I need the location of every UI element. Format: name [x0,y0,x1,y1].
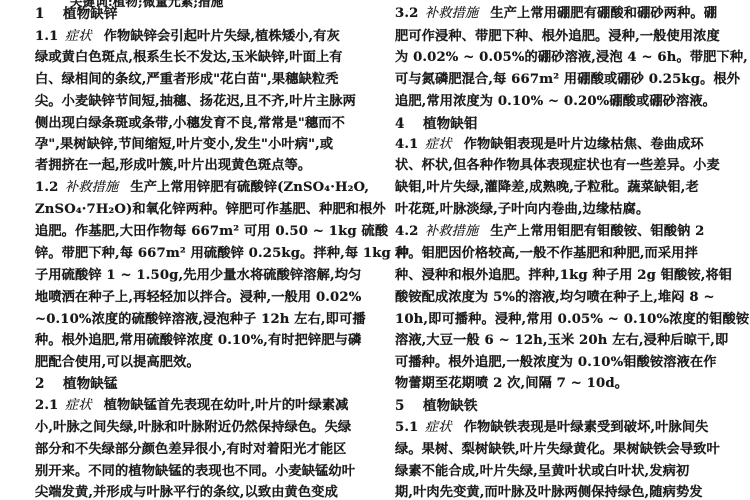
paragraph-line: 种、浸种和根外追肥。拌种,1kg 种子用 2g 钼酸铵,将钼 [395,268,732,284]
paragraph-line: 种。钼肥因价格较高,一般不作基肥和种肥,而采用拌 [395,246,698,262]
paragraph-line: 肥配合使用,可以提高肥效。 [35,355,200,371]
section-number: 1 [35,6,63,22]
paragraph-text: 植物缺锰首先表现在幼叶,叶片的叶绿素减 [104,398,349,413]
paragraph-line: 者拥挤在一起,形成叶簇,叶片出现黄色斑点等。 [35,158,311,174]
subsection-tag: 补救措施 [425,224,478,240]
paragraph-line: 缺钼,叶片失绿,灌降差,成熟晚,子粒秕。蔬菜缺钼,老 [395,180,699,196]
paragraph-line: 绿。果树、梨树缺铁,叶片失绿黄化。果树缺铁会导致叶 [395,442,720,458]
section-number: 2 [35,376,63,392]
subsection-line: 4.2补救措施生产上常用钼肥有钼酸铵、钼酸钠 2 [395,224,705,240]
subsection-tag: 症状 [425,420,452,436]
subsection-line: 1.1症状作物缺锌会引起叶片失绿,植株矮小,有灰 [35,29,340,45]
section-title: 植物缺钼 [423,116,478,132]
section-number: 4 [395,116,423,132]
paragraph-line: 追肥,常用浓度为 0.10% ~ 0.20%硼酸或硼砂溶液。 [395,94,716,110]
subsection-line: 1.2补救措施生产上常用锌肥有硫酸锌(ZnSO₄·H₂O, [35,180,369,196]
paragraph-line: 小,叶脉之间失绿,叶脉和叶脉附近仍然保持绿色。失绿 [35,420,351,436]
paragraph-line: 部分和不失绿部分颜色差异很小,有时对着阳光才能区 [35,442,347,458]
paragraph-line: 可与氮磷肥混合,每 667m² 用硼酸或硼砂 0.25kg。根外 [395,72,740,88]
subsection-number: 1.1 [35,29,65,45]
paragraph-text: 作物缺铁表现是叶绿素受到破坏,叶脉间失 [464,420,709,435]
paragraph-line: 溶液,大豆一般 6 ~ 12h,玉米 20h 左右,浸种后晾干,即 [395,333,728,349]
paragraph-text: 作物缺钼表现是叶片边缘枯焦、卷曲成环 [464,137,704,152]
subsection-tag: 症状 [65,398,92,414]
paragraph-line: 种。根外追肥,常用硫酸锌浓度 0.10%,有时把锌肥与磷 [35,333,361,349]
subsection-tag: 补救措施 [425,6,478,22]
subsection-line: 2.1症状植物缺锰首先表现在幼叶,叶片的叶绿素减 [35,398,349,414]
section-title: 植物缺锌 [63,6,118,22]
section-title: 植物缺铁 [423,398,478,414]
paragraph-line: 绿素不能合成,叶片失绿,呈黄叶状或白叶状,发病初 [395,464,689,480]
paragraph-line: 尖端发黄,并形成与叶脉平行的条纹,以致由黄色变成 [35,485,338,500]
paragraph-line: 地喷洒在种子上,再轻轻加以拌合。浸种,一般用 0.02% [35,290,361,306]
subsection-line: 3.2补救措施生产上常用硼肥有硼酸和硼砂两种。硼 [395,6,717,22]
subsection-number: 1.2 [35,180,65,196]
paragraph-line: 可播种。根外追肥,一般浓度为 0.10%钼酸铵溶液在作 [395,355,717,371]
subsection-number: 2.1 [35,398,65,414]
paragraph-line: ~0.10%浓度的硫酸锌溶液,浸泡种子 12h 左右,即可播 [35,312,366,328]
paragraph-line: ZnSO₄·7H₂O)和氧化锌两种。锌肥可作基肥、种肥和根外 [35,202,386,218]
paragraph-text: 生产上常用硼肥有硼酸和硼砂两种。硼 [490,6,717,21]
paragraph-text: 生产上常用钼肥有钼酸铵、钼酸钠 2 [490,224,704,239]
section-title: 植物缺锰 [63,376,118,392]
paragraph-text: 作物缺锌会引起叶片失绿,植株矮小,有灰 [104,29,340,44]
paragraph-line: 期,叶肉先变黄,而叶脉及叶脉两侧保持绿色,随病势发 [395,485,703,500]
subsection-tag: 补救措施 [65,180,118,196]
paragraph-line: 白、绿相间的条纹,严重者形成"花白苗",果穗缺粒秃 [35,72,339,88]
paragraph-line: 子用硫酸锌 1 ~ 1.50g,先用少量水将硫酸锌溶解,均匀 [35,268,361,284]
section-heading: 4植物缺钼 [395,116,478,132]
subsection-number: 4.2 [395,224,425,240]
paragraph-line: 叶花斑,叶脉淡绿,子叶向内卷曲,边缘枯腐。 [395,202,649,218]
paragraph-line: 锌。带肥下种,每 667m² 用硫酸锌 0.25kg。拌种,每 1kg 种 [35,246,409,262]
subsection-number: 4.1 [395,137,425,153]
document-page: 关键词:植物;微量元素;措施 1植物缺锌1.1症状作物缺锌会引起叶片失绿,植株矮… [0,0,750,500]
section-heading: 5植物缺铁 [395,398,478,414]
subsection-number: 5.1 [395,420,425,436]
paragraph-line: 别开来。不同的植物缺锰的表现也不同。小麦缺锰幼叶 [35,464,355,480]
paragraph-line: 追肥。作基肥,大田作物每 667m² 可用 0.50 ~ 1kg 硫酸 [35,224,388,240]
paragraph-line: 物蕾期至花期喷 2 次,间隔 7 ~ 10d。 [395,376,628,392]
paragraph-line: 孕",果树缺锌,节间缩短,叶片变小,发生"小叶病",或 [35,137,333,153]
paragraph-line: 10h,即可播种。浸种,常用 0.05% ~ 0.10%浓度的钼酸铵 [395,312,749,328]
paragraph-line: 肥可作浸种、带肥下种、根外追肥。浸种,一般使用浓度 [395,29,720,45]
paragraph-line: 尖。小麦缺锌节间短,抽穗、扬花迟,且不齐,叶片主脉两 [35,94,356,110]
paragraph-line: 酸铵配成浓度为 5%的溶液,均匀喷在种子上,堆闷 8 ~ [395,290,715,306]
subsection-line: 4.1症状作物缺钼表现是叶片边缘枯焦、卷曲成环 [395,137,704,153]
subsection-tag: 症状 [65,29,92,45]
subsection-line: 5.1症状作物缺铁表现是叶绿素受到破坏,叶脉间失 [395,420,709,436]
paragraph-line: 状、杯状,但各种作物具体表现症状也有一些差异。小麦 [395,158,720,174]
paragraph-line: 绿或黄白色斑点,根系生长不发达,玉米缺锌,叶面上有 [35,50,343,66]
paragraph-line: 为 0.02% ~ 0.05%的硼砂溶液,浸泡 4 ~ 6h。带肥下种, [395,50,748,66]
section-number: 5 [395,398,423,414]
paragraph-text: 生产上常用锌肥有硫酸锌(ZnSO₄·H₂O, [130,180,369,195]
section-heading: 1植物缺锌 [35,6,118,22]
subsection-number: 3.2 [395,6,425,22]
subsection-tag: 症状 [425,137,452,153]
paragraph-line: 侧出现白绿条斑或条带,小穗发育不良,常常是"穗而不 [35,116,345,132]
section-heading: 2植物缺锰 [35,376,118,392]
